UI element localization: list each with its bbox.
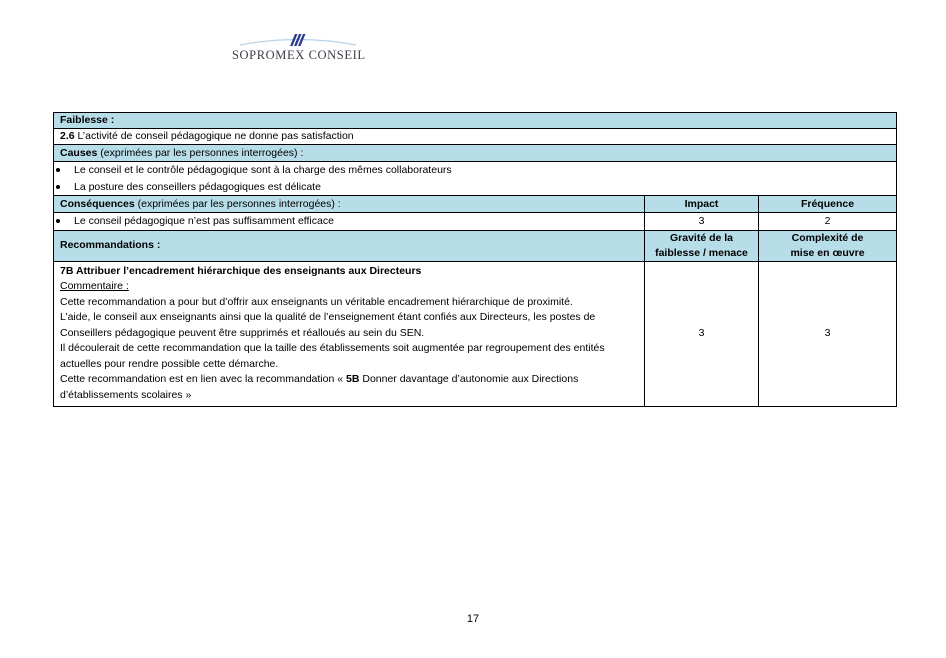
comment-label: Commentaire :	[60, 279, 638, 295]
stripes-logo-icon	[232, 30, 364, 48]
frequence-value: 2	[759, 213, 897, 231]
consequences-label: Conséquences (exprimées par les personne…	[54, 196, 645, 213]
comment-line: Cette recommandation a pour but d’offrir…	[60, 295, 638, 311]
consequences-header-row: Conséquences (exprimées par les personne…	[54, 196, 897, 213]
consequences-label-bold: Conséquences	[60, 198, 135, 210]
gravite-header-line1: Gravité de la	[651, 231, 752, 246]
comment-line: Il découlerait de cette recommandation q…	[60, 341, 638, 372]
impact-header: Impact	[645, 196, 759, 213]
complexite-header-line2: mise en œuvre	[765, 246, 890, 261]
causes-label-rest: (exprimées par les personnes interrogées…	[97, 147, 303, 159]
causes-row: Le conseil et le contrôle pédagogique so…	[54, 162, 897, 196]
logo-text: SOPROMEX CONSEIL	[232, 48, 364, 63]
faiblesse-header-row: Faiblesse :	[54, 113, 897, 129]
gravite-header-line2: faiblesse / menace	[651, 246, 752, 261]
faiblesse-label: Faiblesse :	[54, 113, 897, 129]
frequence-header: Fréquence	[759, 196, 897, 213]
causes-label: Causes (exprimées par les personnes inte…	[54, 145, 897, 162]
faiblesse-description: L’activité de conseil pédagogique ne don…	[75, 130, 354, 142]
recommendation-row: 7B Attribuer l’encadrement hiérarchique …	[54, 261, 897, 407]
recommandations-header-row: Recommandations : Gravité de lafaiblesse…	[54, 230, 897, 261]
page-number: 17	[0, 613, 946, 625]
causes-cell: Le conseil et le contrôle pédagogique so…	[54, 162, 897, 196]
faiblesse-number: 2.6	[60, 130, 75, 142]
recommandations-label: Recommandations :	[54, 230, 645, 261]
gravite-value: 3	[645, 261, 759, 407]
consequences-list: Le conseil pédagogique n’est pas suffisa…	[56, 213, 638, 230]
company-logo: SOPROMEX CONSEIL	[232, 30, 364, 64]
recommendation-title: 7B Attribuer l’encadrement hiérarchique …	[60, 264, 638, 280]
related-code: 5B	[346, 373, 359, 385]
consequences-label-rest: (exprimées par les personnes interrogées…	[135, 198, 341, 210]
impact-value: 3	[645, 213, 759, 231]
gravite-header: Gravité de lafaiblesse / menace	[645, 230, 759, 261]
causes-header-row: Causes (exprimées par les personnes inte…	[54, 145, 897, 162]
recommendation-body: 7B Attribuer l’encadrement hiérarchique …	[54, 261, 645, 407]
faiblesse-row: 2.6 L’activité de conseil pédagogique ne…	[54, 129, 897, 145]
complexite-value: 3	[759, 261, 897, 407]
consequence-item: Le conseil pédagogique n’est pas suffisa…	[56, 213, 638, 230]
related-recommendation: Cette recommandation est en lien avec la…	[60, 372, 638, 403]
causes-label-bold: Causes	[60, 147, 97, 159]
complexite-header-line1: Complexité de	[765, 231, 890, 246]
related-prefix: Cette recommandation est en lien avec la…	[60, 373, 346, 385]
faiblesse-text: 2.6 L’activité de conseil pédagogique ne…	[54, 129, 897, 145]
complexite-header: Complexité demise en œuvre	[759, 230, 897, 261]
consequence-row: Le conseil pédagogique n’est pas suffisa…	[54, 213, 897, 231]
consequence-cell: Le conseil pédagogique n’est pas suffisa…	[54, 213, 645, 231]
weakness-table: Faiblesse : 2.6 L’activité de conseil pé…	[53, 112, 897, 407]
causes-list: Le conseil et le contrôle pédagogique so…	[56, 162, 890, 195]
comment-line: L’aide, le conseil aux enseignants ainsi…	[60, 310, 638, 341]
cause-item: La posture des conseillers pédagogiques …	[56, 179, 890, 196]
cause-item: Le conseil et le contrôle pédagogique so…	[56, 162, 890, 179]
